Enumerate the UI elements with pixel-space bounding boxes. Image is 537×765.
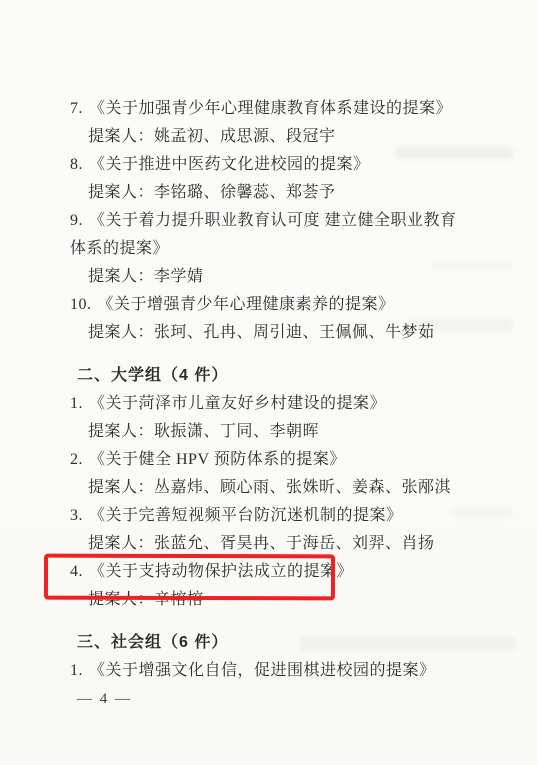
proposers-line: 提案人：耿振潇、丁同、李朝晖 [0, 418, 537, 446]
proposal-item: 2.《关于健全 HPV 预防体系的提案》 提案人：丛嘉炜、顾心雨、张姝昕、姜森、… [0, 446, 537, 502]
proposal-title-line: 2.《关于健全 HPV 预防体系的提案》 [0, 446, 537, 474]
proposal-item: 7.《关于加强青少年心理健康教育体系建设的提案》 提案人：姚孟初、成思源、段冠宇 [0, 95, 537, 151]
proposal-title: 《关于着力提升职业教育认可度 建立健全职业教育体系的提案》 [70, 212, 457, 257]
proposal-number: 1. [70, 395, 83, 412]
proposal-title-line: 3.《关于完善短视频平台防沉迷机制的提案》 [0, 502, 537, 530]
section-heading: 二、大学组（4 件） [0, 362, 537, 390]
proposers-line: 提案人：李铭璐、徐馨蕊、郑荟予 [0, 179, 537, 207]
proposal-title: 《关于推进中医药文化进校园的提案》 [89, 156, 370, 173]
section-heading: 三、社会组（6 件） [0, 629, 537, 657]
proposal-title-line: 9.《关于着力提升职业教育认可度 建立健全职业教育体系的提案》 [0, 207, 537, 263]
proposal-item: 4.《关于支持动物保护法成立的提案》 提案人：辛榕榕 [0, 558, 537, 614]
proposal-section: 三、社会组（6 件） 1.《关于增强文化自信，促进围棋进校园的提案》 [0, 629, 537, 685]
proposal-title: 《关于完善短视频平台防沉迷机制的提案》 [89, 507, 403, 524]
proposers-line: 提案人：姚孟初、成思源、段冠宇 [0, 123, 537, 151]
proposal-title-line: 10.《关于增强青少年心理健康素养的提案》 [0, 291, 537, 319]
proposal-number: 7. [70, 100, 83, 117]
proposers-line: 提案人：张珂、孔冉、周引迪、王佩佩、牛梦茹 [0, 319, 537, 347]
proposal-number: 8. [70, 156, 83, 173]
proposal-number: 4. [70, 563, 83, 580]
proposal-title: 《关于增强文化自信，促进围棋进校园的提案》 [89, 662, 436, 679]
proposers-line: 提案人：张蓝允、胥昊冉、于海岳、刘羿、肖扬 [0, 530, 537, 558]
document-page: 7.《关于加强青少年心理健康教育体系建设的提案》 提案人：姚孟初、成思源、段冠宇… [0, 0, 537, 765]
proposers-line: 提案人：丛嘉炜、顾心雨、张姝昕、姜森、张邴淇 [0, 474, 537, 502]
proposal-item: 3.《关于完善短视频平台防沉迷机制的提案》 提案人：张蓝允、胥昊冉、于海岳、刘羿… [0, 502, 537, 558]
proposal-item: 8.《关于推进中医药文化进校园的提案》 提案人：李铭璐、徐馨蕊、郑荟予 [0, 151, 537, 207]
proposal-title: 《关于增强青少年心理健康素养的提案》 [98, 296, 395, 313]
page-number: — 4 — [0, 685, 537, 713]
proposal-title: 《关于健全 HPV 预防体系的提案》 [89, 451, 346, 468]
proposal-number: 9. [70, 212, 83, 229]
proposers-line: 提案人：辛榕榕 [0, 586, 537, 614]
proposal-title-line: 1.《关于增强文化自信，促进围棋进校园的提案》 [0, 657, 537, 685]
proposal-title-line: 8.《关于推进中医药文化进校园的提案》 [0, 151, 537, 179]
proposal-section: 7.《关于加强青少年心理健康教育体系建设的提案》 提案人：姚孟初、成思源、段冠宇… [0, 95, 537, 347]
document-content: 7.《关于加强青少年心理健康教育体系建设的提案》 提案人：姚孟初、成思源、段冠宇… [0, 0, 537, 713]
proposal-title-line: 1.《关于菏泽市儿童友好乡村建设的提案》 [0, 390, 537, 418]
proposal-title: 《关于菏泽市儿童友好乡村建设的提案》 [89, 395, 386, 412]
proposal-title: 《关于支持动物保护法成立的提案》 [89, 563, 353, 580]
proposal-item: 1.《关于菏泽市儿童友好乡村建设的提案》 提案人：耿振潇、丁同、李朝晖 [0, 390, 537, 446]
proposers-line: 提案人：李学婧 [0, 263, 537, 291]
proposal-item: 1.《关于增强文化自信，促进围棋进校园的提案》 [0, 657, 537, 685]
proposal-number: 3. [70, 507, 83, 524]
proposal-title-line: 7.《关于加强青少年心理健康教育体系建设的提案》 [0, 95, 537, 123]
proposal-title-line: 4.《关于支持动物保护法成立的提案》 [0, 558, 537, 586]
proposal-number: 2. [70, 451, 83, 468]
proposal-item: 9.《关于着力提升职业教育认可度 建立健全职业教育体系的提案》 提案人：李学婧 [0, 207, 537, 291]
proposal-item: 10.《关于增强青少年心理健康素养的提案》 提案人：张珂、孔冉、周引迪、王佩佩、… [0, 291, 537, 347]
proposal-section: 二、大学组（4 件） 1.《关于菏泽市儿童友好乡村建设的提案》 提案人：耿振潇、… [0, 362, 537, 614]
proposal-number: 1. [70, 662, 83, 679]
proposal-number: 10. [70, 296, 92, 313]
proposal-title: 《关于加强青少年心理健康教育体系建设的提案》 [89, 100, 452, 117]
